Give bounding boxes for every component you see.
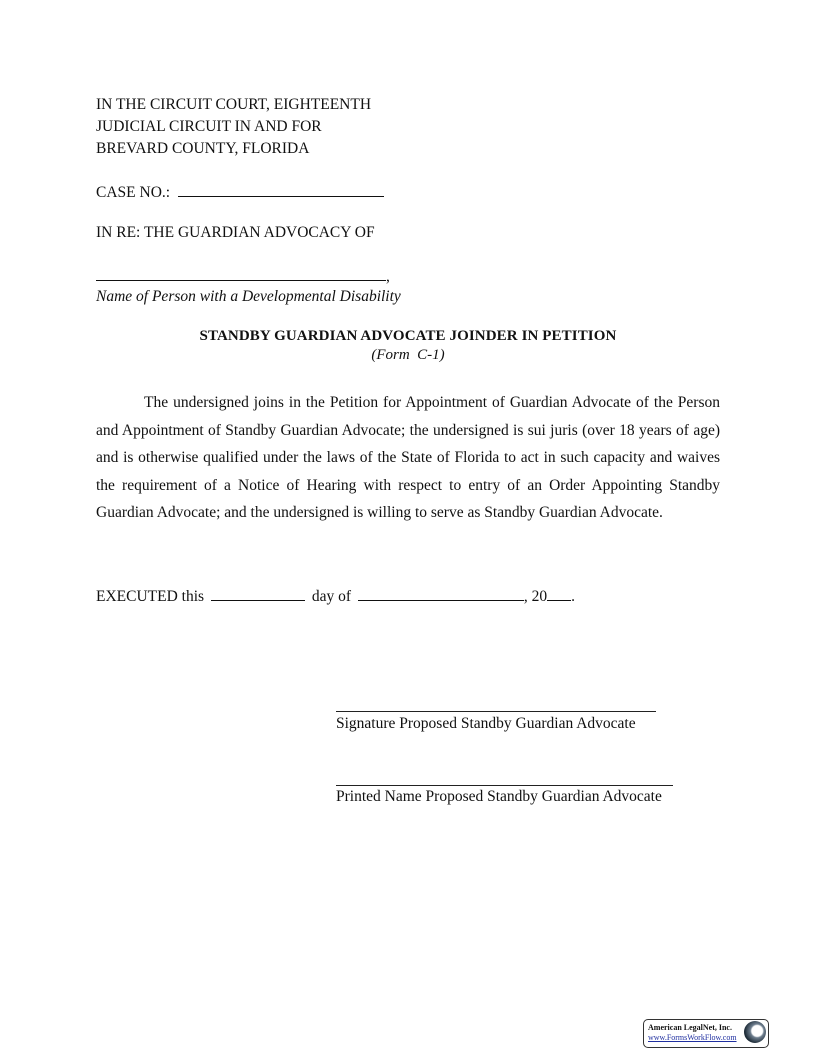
american-legalnet-logo[interactable]: American LegalNet, Inc. www.FormsWorkFlo…: [643, 1019, 769, 1048]
executed-row: EXECUTED this day of , 20.: [96, 586, 575, 606]
execution-day-field[interactable]: [211, 586, 305, 601]
case-number-label: CASE NO.:: [96, 184, 170, 201]
signature-line[interactable]: [336, 711, 656, 712]
court-name-line-1: IN THE CIRCUIT COURT, EIGHTEENTH: [96, 96, 371, 114]
person-name-field[interactable]: [96, 266, 386, 281]
person-name-label: Name of Person with a Developmental Disa…: [96, 288, 401, 306]
printed-name-line[interactable]: [336, 785, 673, 786]
case-number-row: CASE NO.:: [96, 182, 384, 202]
logo-url-link[interactable]: www.FormsWorkFlow.com: [648, 1033, 737, 1042]
form-title: STANDBY GUARDIAN ADVOCATE JOINDER IN PET…: [96, 328, 720, 345]
execution-month-field[interactable]: [358, 586, 524, 601]
court-name-line-3: BREVARD COUNTY, FLORIDA: [96, 140, 309, 158]
globe-icon: [744, 1021, 766, 1043]
year-prefix: , 20: [524, 588, 547, 605]
in-re-line: IN RE: THE GUARDIAN ADVOCACY OF: [96, 224, 375, 242]
case-number-field[interactable]: [178, 182, 384, 197]
court-name-line-2: JUDICIAL CIRCUIT IN AND FOR: [96, 118, 322, 136]
executed-prefix: EXECUTED this: [96, 588, 204, 605]
comma: ,: [386, 268, 390, 285]
execution-year-field[interactable]: [547, 586, 571, 601]
form-subtitle: (Form C-1): [96, 347, 720, 364]
logo-company: American LegalNet, Inc.: [648, 1023, 732, 1032]
joinder-paragraph: The undersigned joins in the Petition fo…: [96, 389, 720, 527]
person-name-row: ,: [96, 266, 390, 286]
day-of-label: day of: [312, 588, 351, 605]
period: .: [571, 588, 575, 605]
printed-name-label: Printed Name Proposed Standby Guardian A…: [336, 788, 662, 806]
signature-label: Signature Proposed Standby Guardian Advo…: [336, 715, 636, 733]
